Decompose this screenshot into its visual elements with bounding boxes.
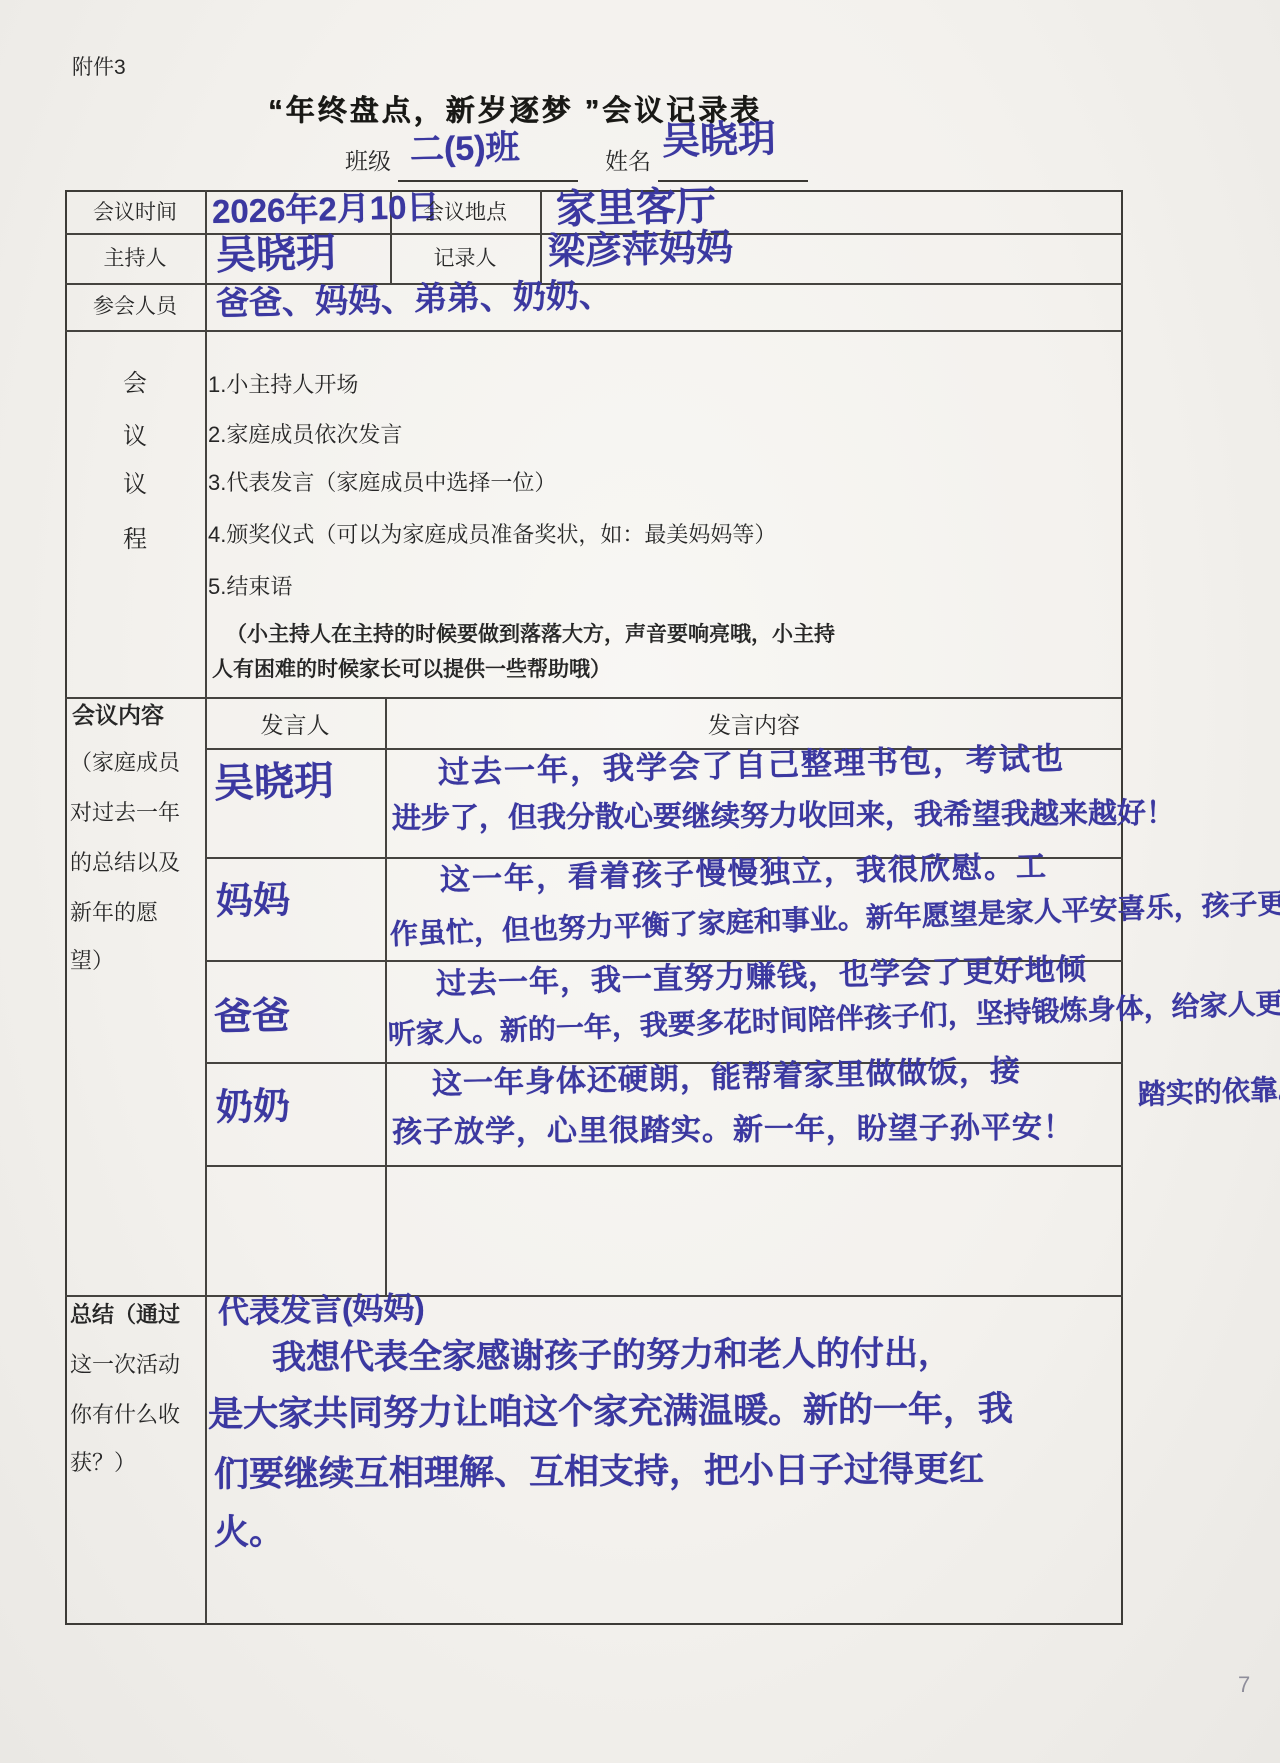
- table-border-line: [540, 190, 542, 283]
- speaker-header: 发言人: [205, 712, 385, 740]
- table-border-line: [65, 330, 1123, 332]
- summary-heading: 代表发言(妈妈): [218, 1291, 425, 1330]
- speech-line: 进步了，但我分散心要继续努力收回来，我希望我越来越好！: [392, 799, 1175, 836]
- content-section-sub: 对过去一年: [70, 800, 180, 826]
- summary-label-line: 获？）: [70, 1450, 136, 1476]
- content-section-sub: 新年的愿: [70, 900, 158, 926]
- agenda-item: 1.小主持人开场: [208, 372, 358, 398]
- participants-label: 参会人员: [70, 294, 200, 319]
- scanned-form-page: 附件3 “年终盘点，新岁逐梦 ”会议记录表 班级 二(5)班 姓名 吴晓玥 会议…: [0, 0, 1280, 1763]
- agenda-item: 5.结束语: [208, 574, 292, 600]
- margin-note: 踏实的依靠。: [1137, 1074, 1280, 1111]
- agenda-label-char: 议: [123, 471, 147, 500]
- table-border-line: [205, 190, 207, 1625]
- speech-header: 发言内容: [385, 712, 1123, 740]
- summary-label-line: 你有什么收: [70, 1402, 180, 1428]
- meeting-place-value: 家里客厅: [556, 184, 717, 232]
- recorder-label: 记录人: [395, 246, 535, 271]
- agenda-item: 3.代表发言（家庭成员中选择一位）: [208, 470, 556, 496]
- table-border-line: [385, 697, 387, 1295]
- summary-line: 火。: [214, 1514, 284, 1553]
- host-value: 吴晓玥: [216, 231, 337, 278]
- agenda-note-line: （小主持人在主持的时候要做到落落大方，声音要响亮哦，小主持: [226, 622, 835, 647]
- scan-corner-mark: 7: [1238, 1672, 1250, 1698]
- host-label: 主持人: [70, 246, 200, 271]
- meeting-place-label: 会议地点: [395, 200, 535, 225]
- summary-label-line: 总结（通过: [70, 1302, 180, 1328]
- content-section-sub: 的总结以及: [70, 850, 180, 876]
- content-section-sub: （家庭成员: [70, 750, 180, 776]
- agenda-note-line: 人有困难的时候家长可以提供一些帮助哦）: [212, 657, 611, 682]
- speaker-name: 爸爸: [214, 996, 291, 1040]
- name-value: 吴晓玥: [662, 119, 777, 163]
- agenda-label-char: 会: [123, 370, 147, 399]
- class-label: 班级: [345, 148, 391, 176]
- summary-line: 是大家共同努力让咱这个家充满温暖。新的一年，我: [208, 1390, 1013, 1434]
- speaker-name: 妈妈: [216, 880, 291, 922]
- agenda-item: 2.家庭成员依次发言: [208, 422, 402, 448]
- speaker-name: 吴晓玥: [214, 759, 335, 806]
- summary-line: 们要继续互相理解、互相支持，把小日子过得更红: [214, 1451, 984, 1495]
- summary-line: 我想代表全家感谢孩子的努力和老人的付出，: [272, 1335, 952, 1377]
- name-label: 姓名: [605, 148, 651, 176]
- speaker-name: 奶奶: [216, 1086, 291, 1128]
- agenda-label-char: 议: [123, 423, 147, 452]
- table-border-line: [65, 697, 1123, 699]
- class-value: 二(5)班: [410, 130, 520, 170]
- summary-label-line: 这一次活动: [70, 1352, 180, 1378]
- content-section-sub: 望）: [70, 948, 114, 974]
- attachment-label: 附件3: [72, 55, 126, 80]
- recorder-value: 梁彦萍妈妈: [548, 228, 734, 273]
- table-border-line: [205, 1165, 1123, 1167]
- content-section-label: 会议内容: [72, 702, 164, 730]
- agenda-item: 4.颁奖仪式（可以为家庭成员准备奖状，如：最美妈妈等）: [208, 522, 776, 548]
- meeting-time-label: 会议时间: [70, 200, 200, 225]
- agenda-label-char: 程: [123, 526, 147, 555]
- speech-line: 孩子放学，心里很踏实。新一年，盼望子孙平安！: [392, 1111, 1074, 1149]
